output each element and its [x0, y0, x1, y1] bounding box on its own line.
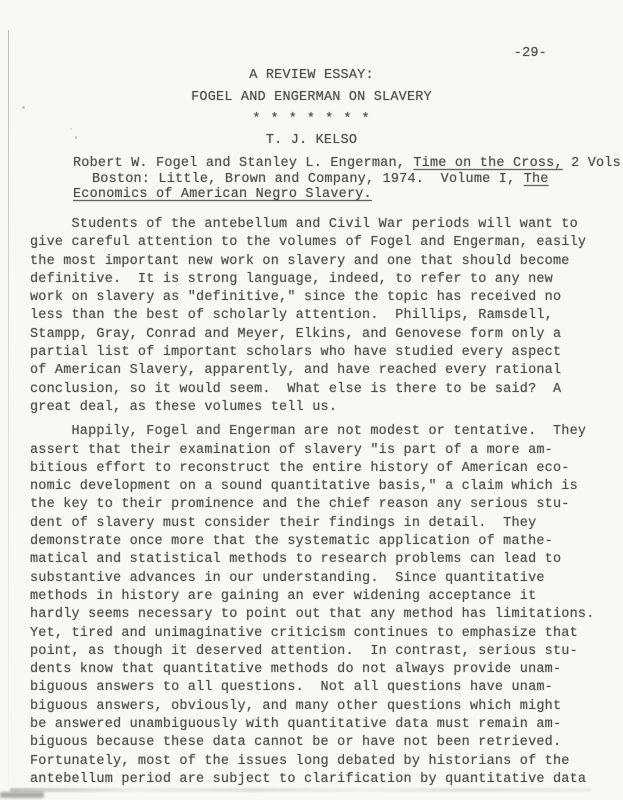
scan-smudge-corner — [0, 792, 44, 798]
scan-speck — [75, 136, 77, 139]
text-line: the most important new work on slavery a… — [30, 253, 611, 271]
text-line: biguous answers, obviously, and many oth… — [30, 698, 611, 716]
text-line: Stampp, Gray, Conrad and Meyer, Elkins, … — [30, 326, 611, 344]
underlined-title-text: Economics of American Negro Slavery. — [73, 187, 372, 202]
page-number: -29- — [0, 46, 547, 61]
scan-speck — [22, 106, 25, 109]
text-line: conclusion, so it would seem. What else … — [30, 381, 611, 399]
text-line: give careful attention to the volumes of… — [30, 234, 611, 252]
asterisk-separator: * * * * * * * — [0, 112, 623, 127]
text-line: be answered unambiguously with quantitat… — [30, 716, 611, 734]
text-line: partial list of important scholars who h… — [30, 344, 611, 362]
text-line: biguous answers to all questions. Not al… — [30, 679, 611, 697]
book-citation: Robert W. Fogel and Stanley L. Engerman,… — [30, 156, 608, 203]
citation-line: Economics of American Negro Slavery. — [30, 187, 608, 203]
citation-line: Robert W. Fogel and Stanley L. Engerman,… — [30, 156, 608, 172]
text-line: Yet, tired and unimaginative criticism c… — [30, 625, 611, 643]
text-line: work on slavery as "definitive," since t… — [30, 289, 611, 307]
text-line: Happily, Fogel and Engerman are not mode… — [30, 423, 611, 441]
text-line: dent of slavery must consider their find… — [30, 515, 611, 533]
text-line: assert that their examination of slavery… — [30, 442, 611, 460]
citation-text: Boston: Little, Brown and Company, 1974.… — [92, 172, 524, 187]
text-line: great deal, as these volumes tell us. — [30, 399, 611, 417]
text-line: biguous because these data cannot be or … — [30, 734, 611, 752]
essay-body: Students of the antebellum and Civil War… — [30, 216, 611, 789]
citation-text: Robert W. Fogel and Stanley L. Engerman, — [73, 156, 413, 171]
text-line: less than the best of scholarly attentio… — [30, 307, 611, 325]
text-line: Fortunately, most of the issues long deb… — [30, 753, 611, 771]
text-line: dents know that quantitative methods do … — [30, 661, 611, 679]
text-line: the key to their prominence and the chie… — [30, 496, 611, 514]
underlined-title-text: The — [524, 172, 549, 187]
citation-text: 2 Vols. — [563, 156, 623, 171]
text-line: demonstrate once more that the systemati… — [30, 533, 611, 551]
text-line: Students of the antebellum and Civil War… — [30, 216, 611, 234]
text-line: bitious effort to reconstruct the entire… — [30, 460, 611, 478]
scan-smudge-line — [10, 788, 592, 792]
text-line: methods in history are gaining an ever w… — [30, 588, 611, 606]
paragraph-2: Happily, Fogel and Engerman are not mode… — [30, 423, 611, 789]
text-line: antebellum period are subject to clarifi… — [30, 771, 611, 789]
scanned-document-page: -29- A REVIEW ESSAY: FOGEL AND ENGERMAN … — [0, 0, 623, 800]
essay-title-line-2: FOGEL AND ENGERMAN ON SLAVERY — [0, 90, 623, 105]
underlined-title-text: Time on the Cross, — [413, 156, 562, 171]
citation-line: Boston: Little, Brown and Company, 1974.… — [30, 172, 608, 188]
essay-title-line-1: A REVIEW ESSAY: — [0, 68, 623, 83]
paragraph-1: Students of the antebellum and Civil War… — [30, 216, 611, 417]
scan-speck — [70, 128, 72, 130]
text-line: definitive. It is strong language, indee… — [30, 271, 611, 289]
text-line: matical and statistical methods to resea… — [30, 551, 611, 569]
text-line: nomic development on a sound quantitativ… — [30, 478, 611, 496]
text-line: hardly seems necessary to point out that… — [30, 606, 611, 624]
text-line: substantive advances in our understandin… — [30, 570, 611, 588]
text-line: point, as though it deserved attention. … — [30, 643, 611, 661]
text-line: of American Slavery, apparently, and hav… — [30, 362, 611, 380]
author-name: T. J. KELSO — [0, 133, 623, 148]
scan-edge-line — [8, 30, 9, 785]
